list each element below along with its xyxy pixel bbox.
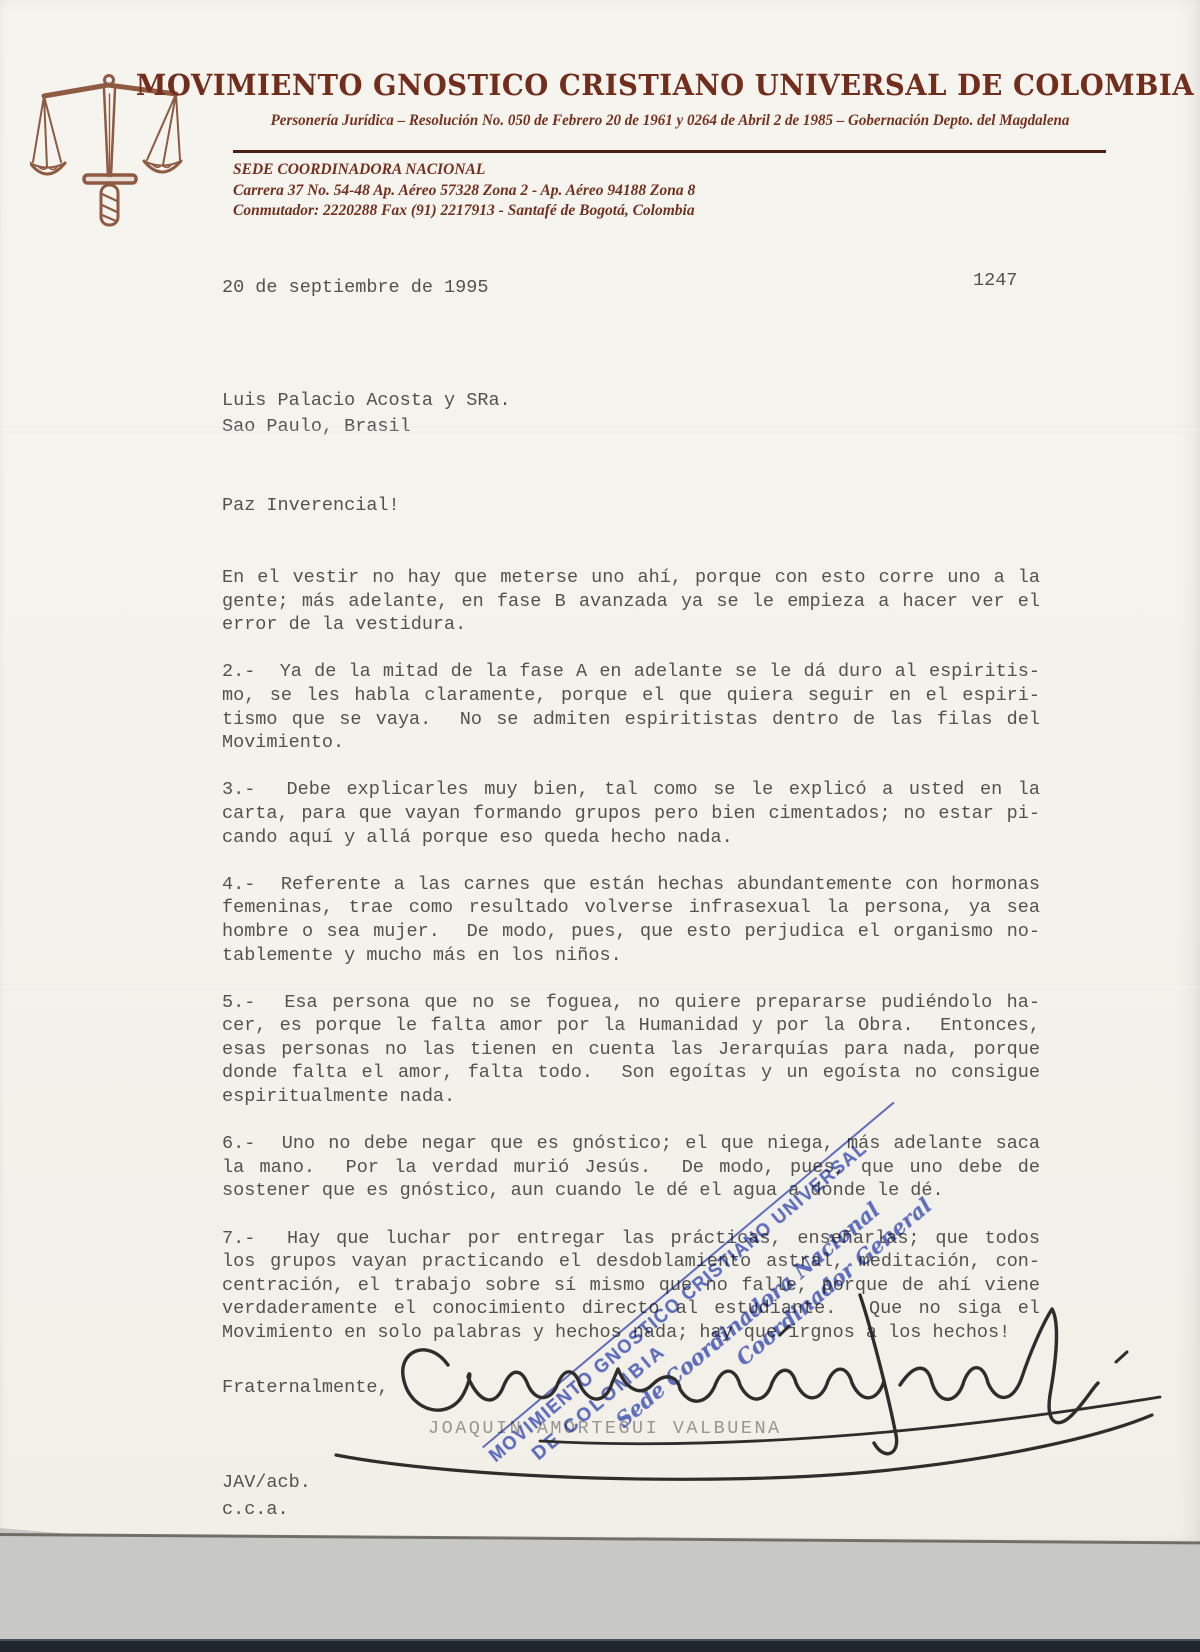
scanned-letter-page: MOVIMIENTO GNOSTICO CRISTIANO UNIVERSAL … — [0, 0, 1200, 1652]
closing-line: Fraternalmente, — [222, 1376, 389, 1400]
address-line-1: Carrera 37 No. 54-48 Ap. Aéreo 57328 Zon… — [233, 181, 695, 202]
typed-signer-name: JOAQUIN AMORTEGUI VALBUENA — [428, 1417, 782, 1441]
address-line-2: Conmutador: 2220288 Fax (91) 2217913 - S… — [233, 201, 695, 222]
body-paragraph: 4.- Referente a las carnes que están hec… — [222, 873, 1040, 967]
letter-date: 20 de septiembre de 1995 — [222, 276, 488, 300]
letterhead-address-block: SEDE COORDINADORA NACIONAL Carrera 37 No… — [233, 160, 695, 222]
body-paragraph: 7.- Hay que luchar por entregar las prác… — [222, 1227, 1040, 1345]
body-paragraph: 6.- Uno no debe negar que es gnóstico; e… — [222, 1132, 1040, 1203]
paper-sheet: MOVIMIENTO GNOSTICO CRISTIANO UNIVERSAL … — [0, 0, 1200, 1548]
org-title: MOVIMIENTO GNOSTICO CRISTIANO UNIVERSAL … — [136, 68, 1194, 102]
body-paragraph: 2.- Ya de la mitad de la fase A en adela… — [222, 660, 1040, 754]
body-paragraph: En el vestir no hay que meterse uno ahí,… — [222, 566, 1040, 637]
scanner-bed-strip — [0, 1639, 1200, 1652]
body-paragraph: 3.- Debe explicarles muy bien, tal como … — [222, 778, 1040, 849]
paper-crease — [0, 426, 1200, 433]
salutation: Paz Inverencial! — [222, 494, 400, 518]
letter-body: En el vestir no hay que meterse uno ahí,… — [222, 566, 1040, 1368]
sede-title: SEDE COORDINADORA NACIONAL — [233, 160, 695, 181]
body-paragraph: 5.- Esa persona que no se foguea, no qui… — [222, 991, 1040, 1109]
recipient-block: Luis Palacio Acosta y SRa. Sao Paulo, Br… — [222, 388, 511, 439]
legal-registration-line: Personería Jurídica – Resolución No. 050… — [271, 112, 1070, 130]
letterhead-divider-rule — [233, 150, 1106, 153]
reference-number: 1247 — [973, 269, 1017, 293]
typist-initials: JAV/acb. c.c.a. — [222, 1469, 311, 1523]
